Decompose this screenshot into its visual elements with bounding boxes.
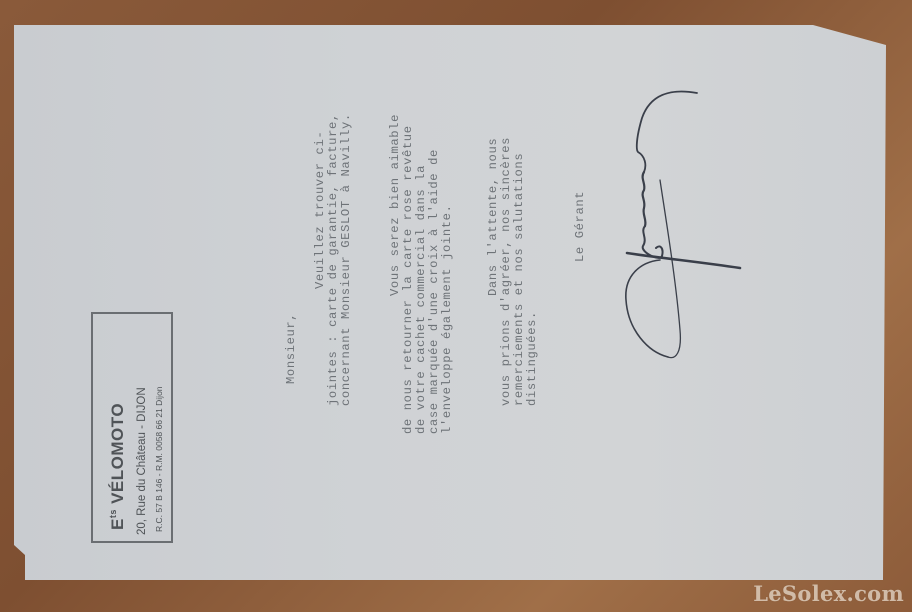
paragraph1-line: jointes : carte de garantie, facture, bbox=[327, 113, 339, 406]
paragraph1-line: Veuillez trouver ci- bbox=[314, 131, 326, 289]
paragraph3-line: vous prions d'agréer, nos sincères bbox=[500, 137, 512, 406]
paragraph2-line: l'enveloppe également jointe. bbox=[441, 205, 453, 435]
company-name: Ets VÉLOMOTO bbox=[108, 361, 128, 530]
salutation: Monsieur, bbox=[285, 313, 297, 384]
company-address: 20, Rue du Château - DIJON bbox=[136, 387, 148, 535]
paragraph3-line: distinguées. bbox=[526, 311, 538, 406]
paragraph1-line: concernant Monsieur GESLOT à Navilly. bbox=[340, 113, 352, 406]
company-registration: R.C. 57 B 146 - R.M. 0058 66 21 Dijon bbox=[154, 386, 164, 532]
paragraph2-line: de votre cachet commercial dans la bbox=[415, 165, 427, 434]
paragraph2-line: case marquée d'une croix à l'aide de bbox=[428, 149, 440, 434]
paragraph3-line: remerciements et nos salutations bbox=[513, 153, 525, 406]
paragraph3-line: Dans l'attente, nous bbox=[487, 138, 499, 296]
paragraph2-line: Vous serez bien aimable bbox=[389, 114, 401, 296]
watermark: LeSolex.com bbox=[753, 581, 904, 606]
closing: Le Gérant bbox=[574, 191, 586, 262]
paragraph2-line: de nous retourner la carte rose revêtue bbox=[402, 125, 414, 434]
